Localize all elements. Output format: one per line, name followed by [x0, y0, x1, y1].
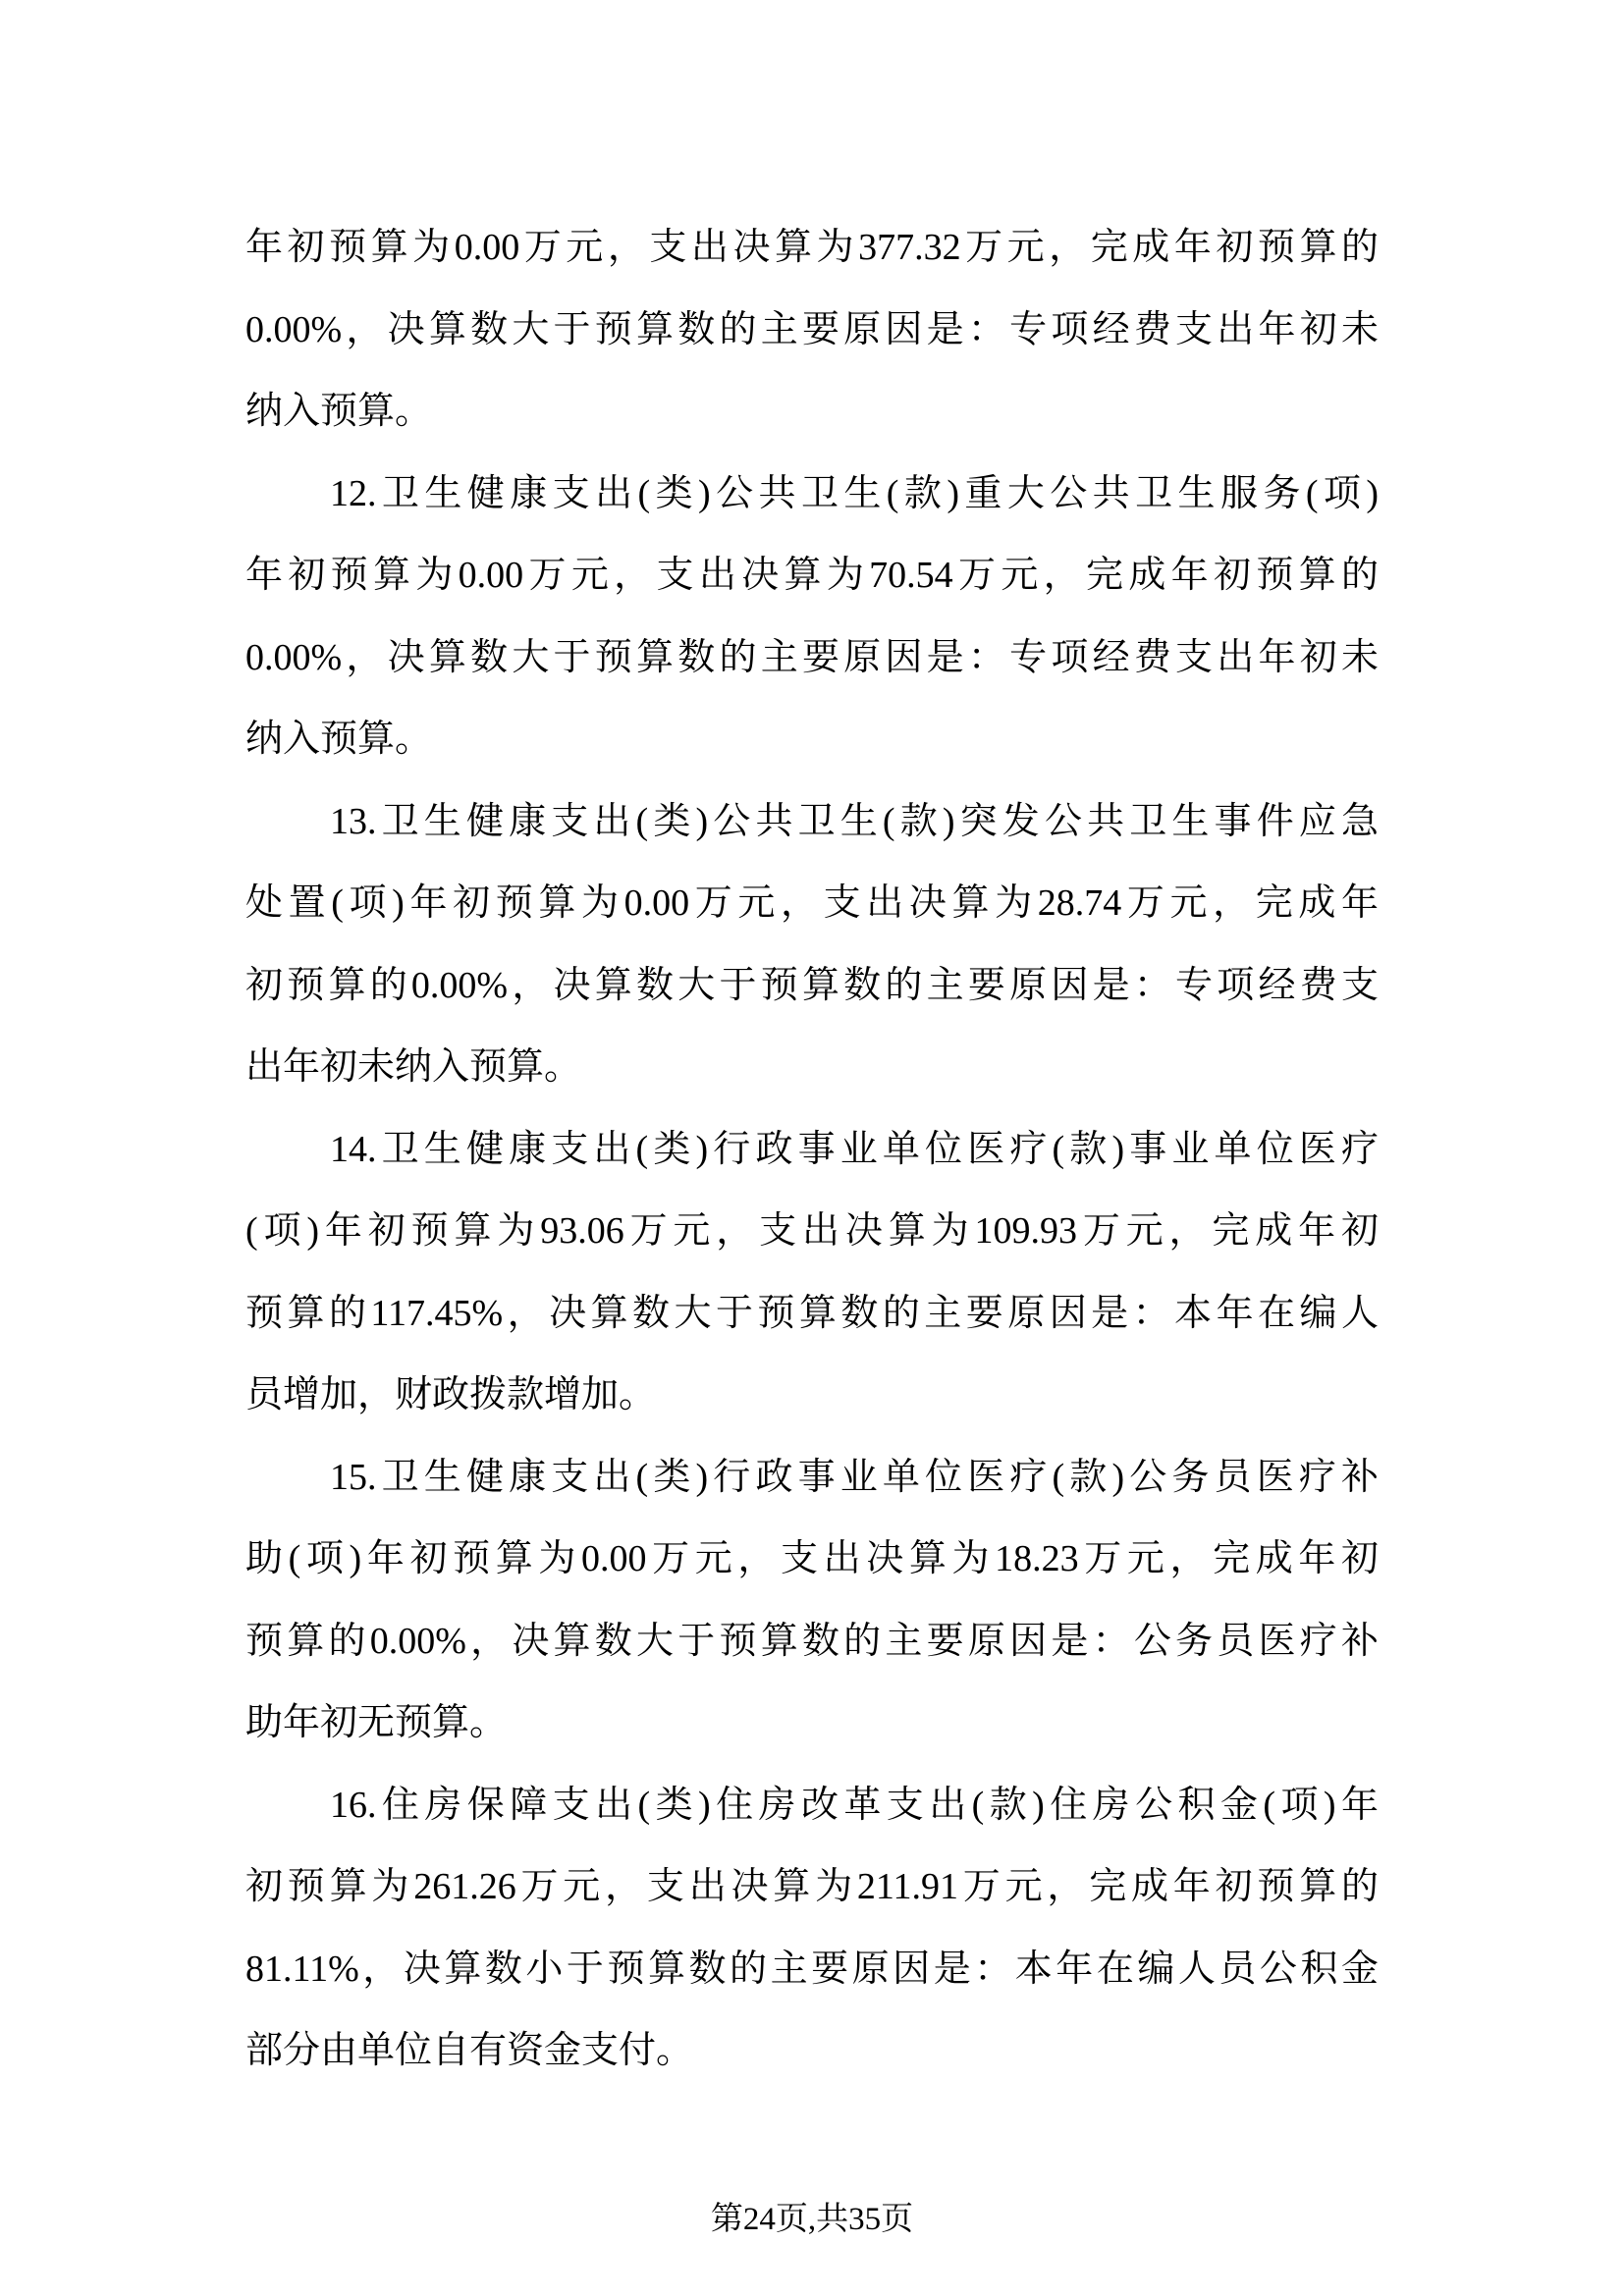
text-line: 纳入预算。: [245, 371, 1379, 454]
text-line: 0.00%，决算数大于预算数的主要原因是：专项经费支出年初未: [245, 617, 1379, 700]
text-line: 0.00%，决算数大于预算数的主要原因是：专项经费支出年初未: [245, 290, 1379, 372]
text-line: 纳入预算。: [245, 699, 1379, 781]
text-line: 预算的0.00%，决算数大于预算数的主要原因是：公务员医疗补: [245, 1601, 1379, 1683]
text-line: (项)年初预算为93.06万元，支出决算为109.93万元，完成年初: [245, 1191, 1379, 1273]
text-line: 初预算为261.26万元，支出决算为211.91万元，完成年初预算的: [245, 1846, 1379, 1929]
text-line: 员增加，财政拨款增加。: [245, 1355, 1379, 1437]
text-line: 14.卫生健康支出(类)行政事业单位医疗(款)事业单位医疗: [245, 1109, 1379, 1192]
text-line: 出年初未纳入预算。: [245, 1027, 1379, 1109]
text-line: 初预算的0.00%，决算数大于预算数的主要原因是：专项经费支: [245, 945, 1379, 1028]
page-footer: 第24页,共35页: [0, 2199, 1624, 2240]
text-line: 13.卫生健康支出(类)公共卫生(款)突发公共卫生事件应急: [245, 781, 1379, 864]
document-page: 年初预算为0.00万元，支出决算为377.32万元，完成年初预算的0.00%，决…: [0, 0, 1624, 2296]
text-line: 助(项)年初预算为0.00万元，支出决算为18.23万元，完成年初: [245, 1519, 1379, 1601]
text-line: 年初预算为0.00万元，支出决算为70.54万元，完成年初预算的: [245, 535, 1379, 617]
text-line: 12.卫生健康支出(类)公共卫生(款)重大公共卫生服务(项): [245, 454, 1379, 536]
page-number-text: 第24页,共35页: [711, 2202, 913, 2237]
text-line: 年初预算为0.00万元，支出决算为377.32万元，完成年初预算的: [245, 207, 1379, 290]
text-line: 处置(项)年初预算为0.00万元，支出决算为28.74万元，完成年: [245, 863, 1379, 945]
document-body: 年初预算为0.00万元，支出决算为377.32万元，完成年初预算的0.00%，决…: [245, 207, 1379, 2093]
text-line: 16.住房保障支出(类)住房改革支出(款)住房公积金(项)年: [245, 1765, 1379, 1847]
text-line: 预算的117.45%，决算数大于预算数的主要原因是：本年在编人: [245, 1273, 1379, 1356]
text-line: 助年初无预算。: [245, 1682, 1379, 1765]
text-line: 81.11%，决算数小于预算数的主要原因是：本年在编人员公积金: [245, 1929, 1379, 2011]
text-line: 15.卫生健康支出(类)行政事业单位医疗(款)公务员医疗补: [245, 1437, 1379, 1520]
text-line: 部分由单位自有资金支付。: [245, 2010, 1379, 2093]
